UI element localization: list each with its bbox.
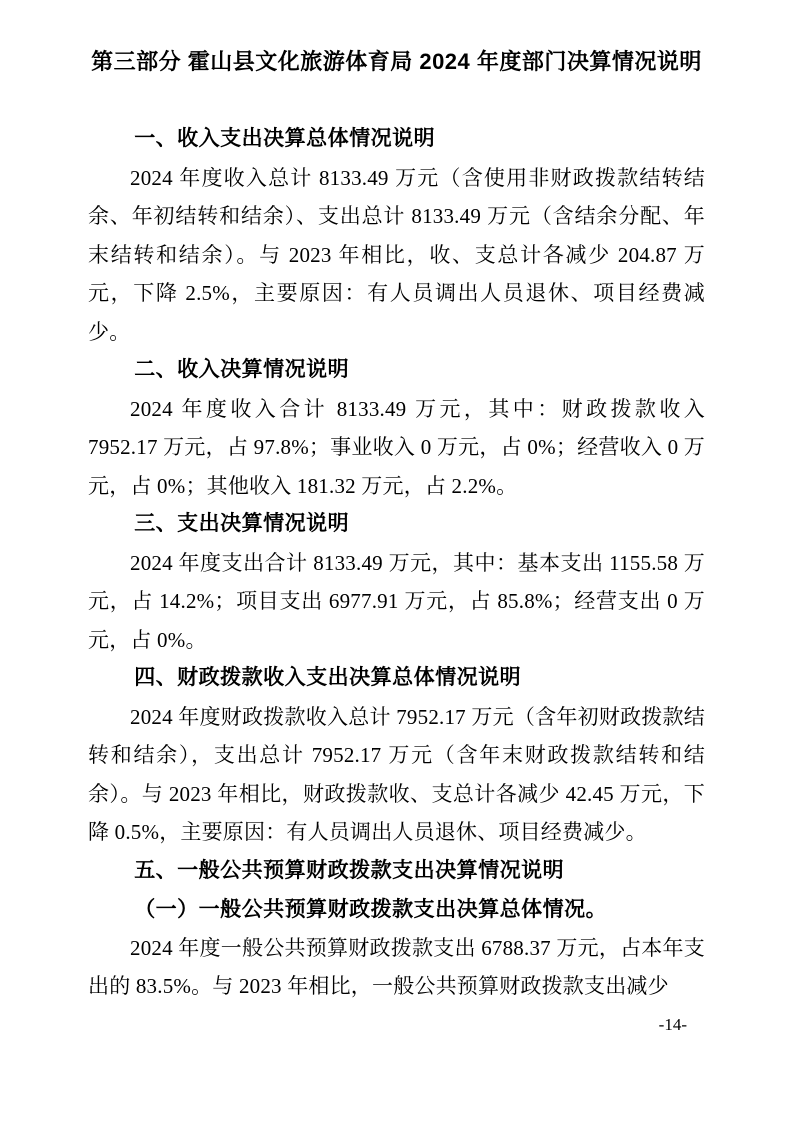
section-5-subheading: （一）一般公共预算财政拨款支出决算总体情况。 xyxy=(88,890,705,929)
section-income-statement: 二、收入决算情况说明 2024 年度收入合计 8133.49 万元，其中：财政拨… xyxy=(88,351,705,505)
section-income-expenditure-overview: 一、收入支出决算总体情况说明 2024 年度收入总计 8133.49 万元（含使… xyxy=(88,120,705,351)
section-3-heading: 三、支出决算情况说明 xyxy=(88,505,705,544)
section-2-paragraph: 2024 年度收入合计 8133.49 万元，其中：财政拨款收入 7952.17… xyxy=(88,390,705,506)
document-page: 第三部分 霍山县文化旅游体育局 2024 年度部门决算情况说明 一、收入支出决算… xyxy=(0,0,793,1122)
section-5-heading: 五、一般公共预算财政拨款支出决算情况说明 xyxy=(88,852,705,891)
page-number: -14- xyxy=(88,1006,705,1045)
document-title: 第三部分 霍山县文化旅游体育局 2024 年度部门决算情况说明 xyxy=(88,43,705,82)
section-3-paragraph: 2024 年度支出合计 8133.49 万元，其中：基本支出 1155.58 万… xyxy=(88,544,705,660)
section-5-paragraph: 2024 年度一般公共预算财政拨款支出 6788.37 万元，占本年支出的 83… xyxy=(88,929,705,1006)
section-4-paragraph: 2024 年度财政拨款收入总计 7952.17 万元（含年初财政拨款结转和结余）… xyxy=(88,698,705,852)
section-1-heading: 一、收入支出决算总体情况说明 xyxy=(88,120,705,159)
section-1-paragraph: 2024 年度收入总计 8133.49 万元（含使用非财政拨款结转结余、年初结转… xyxy=(88,159,705,352)
section-general-public-budget: 五、一般公共预算财政拨款支出决算情况说明 （一）一般公共预算财政拨款支出决算总体… xyxy=(88,852,705,1006)
section-4-heading: 四、财政拨款收入支出决算总体情况说明 xyxy=(88,659,705,698)
section-expenditure-statement: 三、支出决算情况说明 2024 年度支出合计 8133.49 万元，其中：基本支… xyxy=(88,505,705,659)
section-fiscal-appropriation-overview: 四、财政拨款收入支出决算总体情况说明 2024 年度财政拨款收入总计 7952.… xyxy=(88,659,705,852)
section-2-heading: 二、收入决算情况说明 xyxy=(88,351,705,390)
